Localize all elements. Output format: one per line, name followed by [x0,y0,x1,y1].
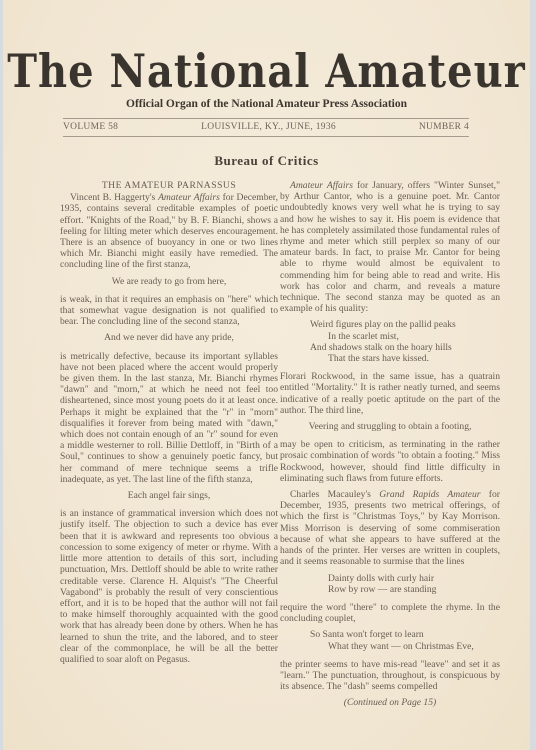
continued-notice: (Continued on Page 15) [280,697,500,708]
paragraph: is weak, in that it requires an emphasis… [60,294,278,328]
masthead: The National Amateur Official Organ of t… [3,50,530,110]
paragraph: Florari Rockwood, in the same issue, has… [280,371,500,416]
dateline: LOUISVILLE, KY., JUNE, 1936 [201,122,336,132]
volume-label: VOLUME 58 [63,122,118,132]
number-label: NUMBER 4 [419,122,469,132]
paragraph: require the word "there" to complete the… [280,602,500,624]
verse-quote: Veering and struggling to obtain a footi… [280,421,500,432]
paragraph: may be open to criticism, as terminating… [280,439,500,484]
verse-stanza: Weird figures play on the pallid peaks I… [280,319,500,364]
paragraph: the printer seems to have mis-read "leav… [280,659,500,693]
verse-couplet: So Santa won't forget to learn What they… [280,629,500,651]
issue-info-line: VOLUME 58 LOUISVILLE, KY., JUNE, 1936 NU… [63,122,469,132]
newspaper-page: The National Amateur Official Organ of t… [3,0,530,750]
left-column: THE AMATEUR PARNASSUS Vincent B. Haggert… [60,180,278,670]
top-rule [63,118,469,119]
verse-couplet: Dainty dolls with curly hair Row by row … [280,573,500,595]
paragraph: Amateur Affairs for January, offers "Win… [280,180,500,314]
verse-quote: And we never did have any pride, [60,332,278,343]
paragraph: Vincent B. Haggerty's Amateur Affairs fo… [60,192,278,270]
right-column: Amateur Affairs for January, offers "Win… [280,180,500,709]
paragraph: Charles Macauley's Grand Rapids Amateur … [280,489,500,567]
section-title: Bureau of Critics [3,153,530,169]
verse-quote: Each angel fair sings, [60,490,278,501]
paragraph: is metrically defective, because its imp… [60,351,278,485]
publication-subtitle: Official Organ of the National Amateur P… [3,98,530,110]
verse-quote: We are ready to go from here, [60,276,278,287]
bottom-rule [63,136,469,137]
column-heading: THE AMATEUR PARNASSUS [60,180,278,191]
paragraph: is an instance of grammatical inversion … [60,508,278,665]
publication-title: The National Amateur [3,47,530,98]
